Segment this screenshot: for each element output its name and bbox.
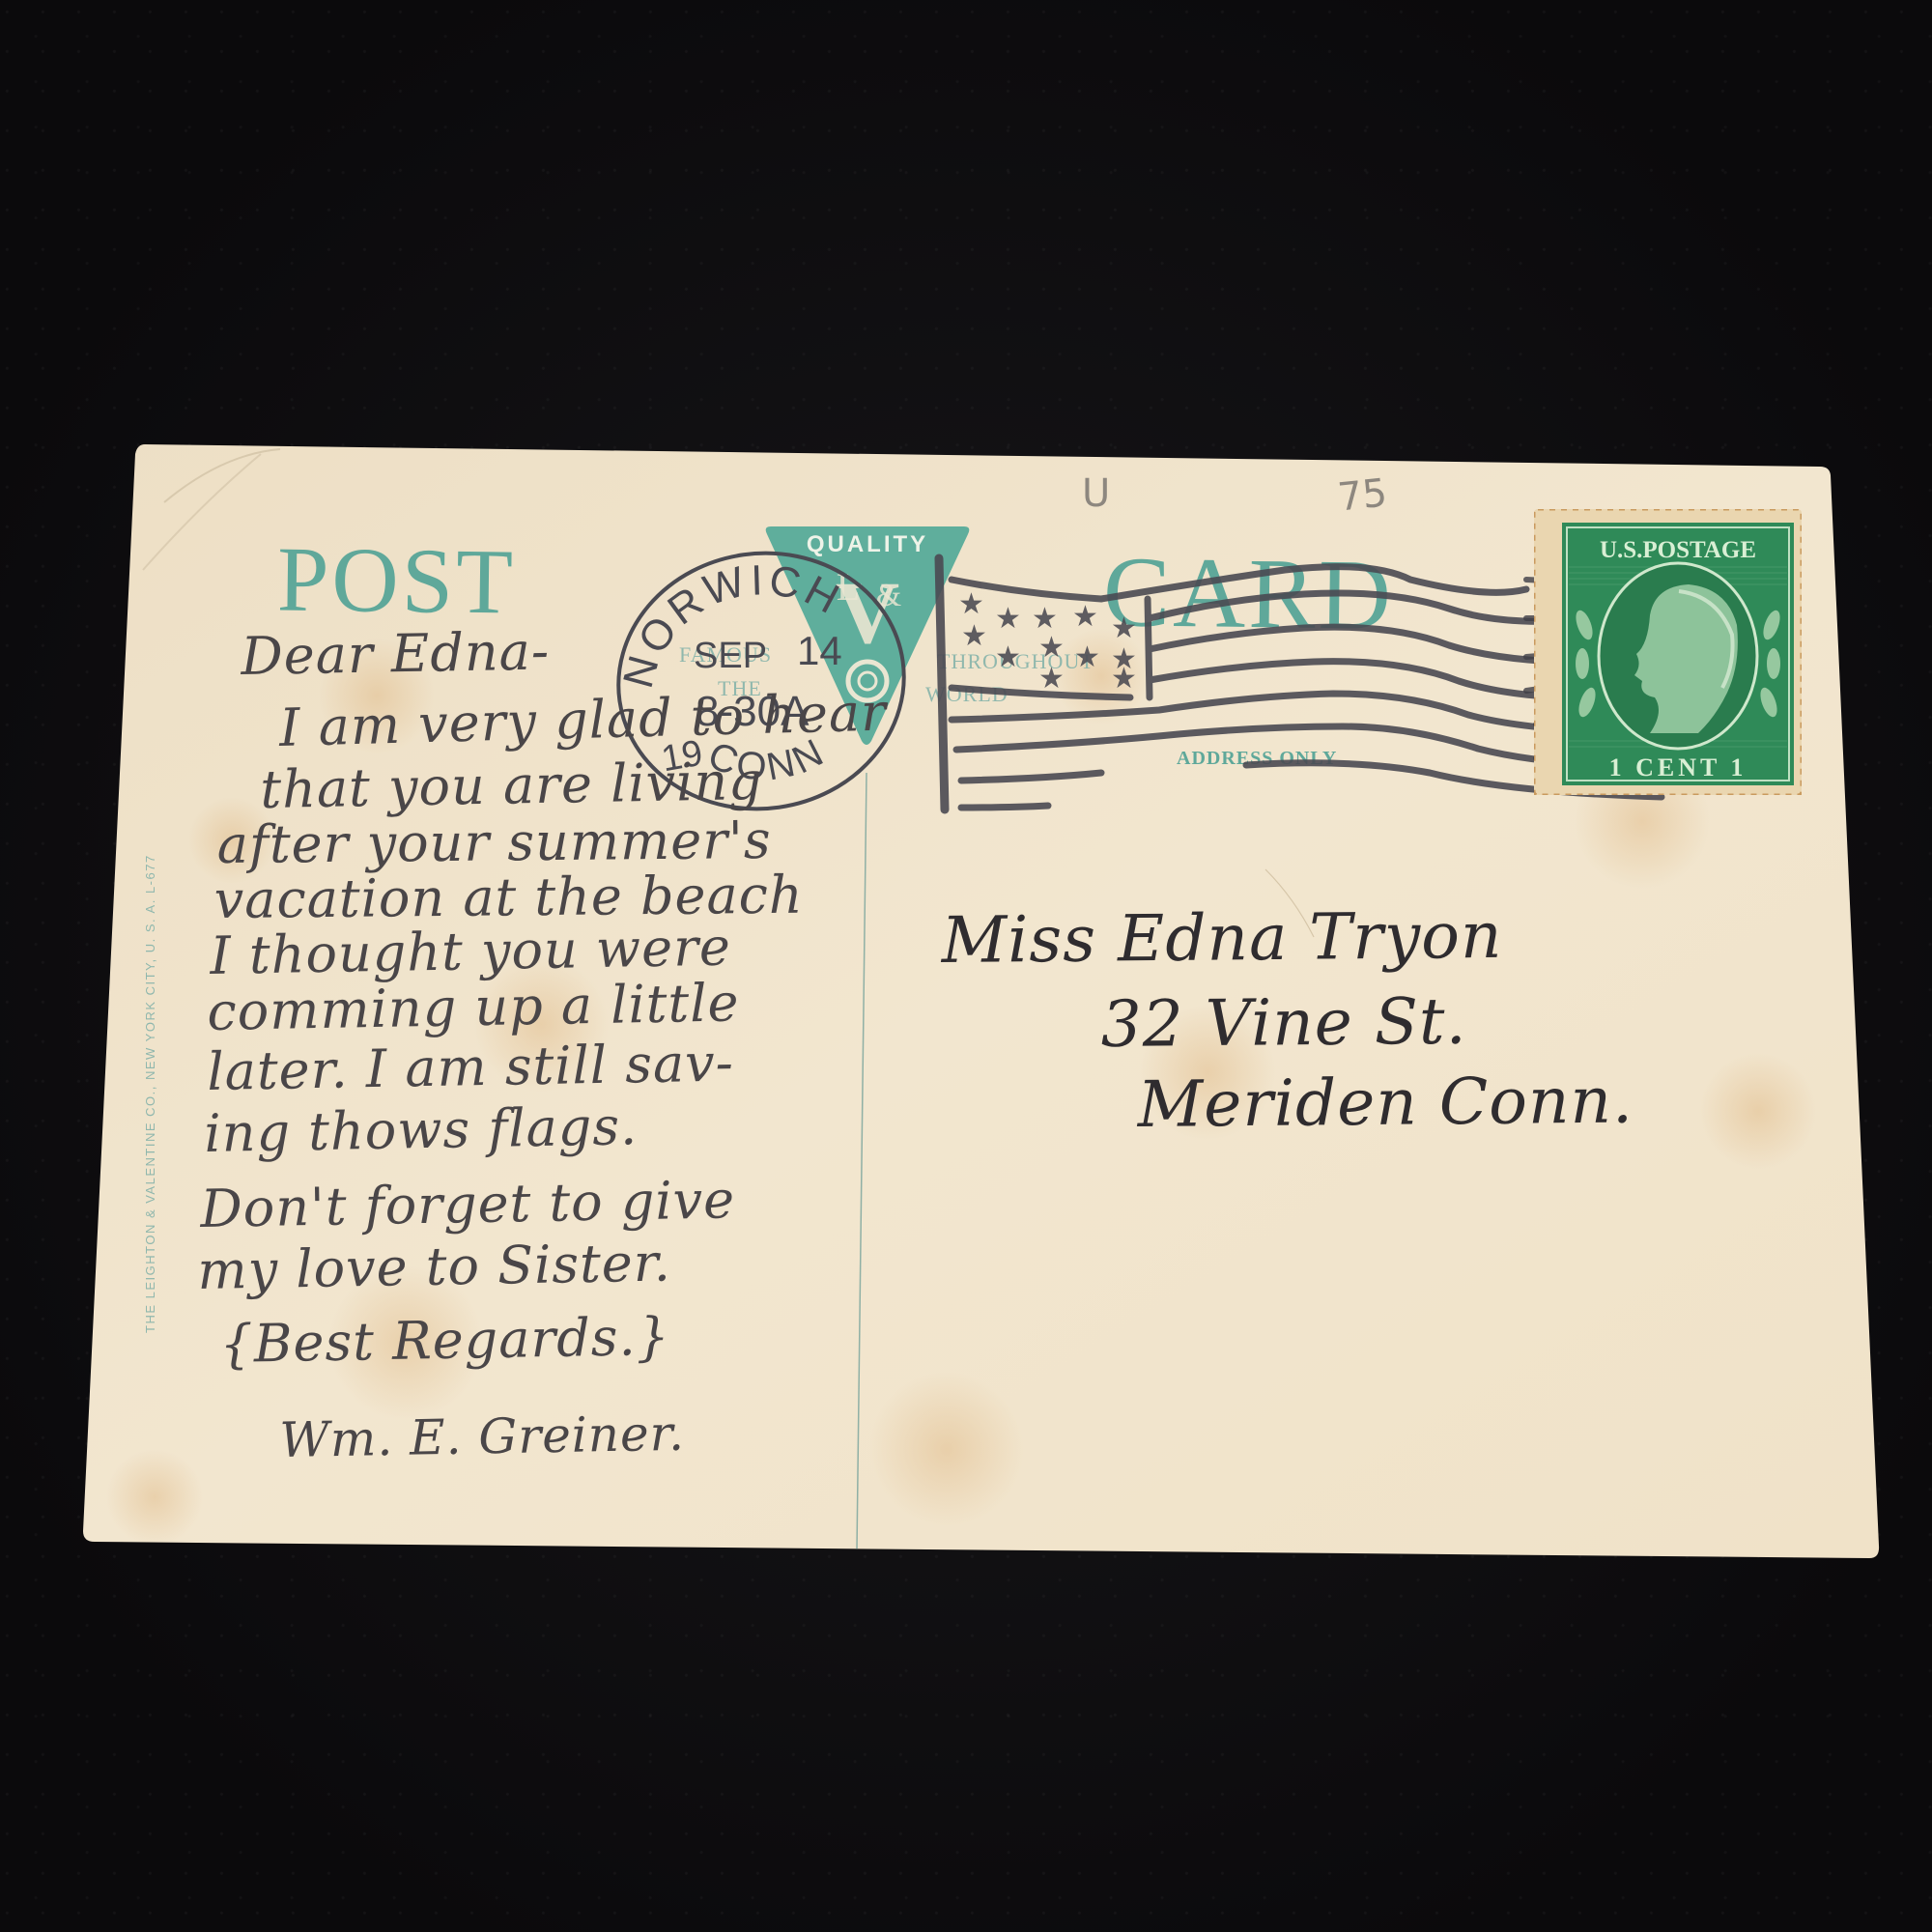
- svg-text:★: ★: [1111, 662, 1137, 696]
- message-signature: Wm. E. Greiner.: [279, 1406, 685, 1468]
- message-line: my love to Sister.: [197, 1232, 671, 1301]
- svg-text:★: ★: [958, 587, 984, 621]
- svg-text:★: ★: [1038, 662, 1065, 696]
- message-line: ing thows flags.: [204, 1095, 639, 1164]
- message-line: Don't forget to give: [200, 1169, 736, 1239]
- svg-text:★: ★: [995, 602, 1021, 636]
- address-line-city: Meriden Conn.: [1137, 1064, 1634, 1142]
- svg-text:★: ★: [1072, 600, 1098, 634]
- postmark-day: 14: [797, 628, 842, 674]
- address-line-street: 32 Vine St.: [1100, 984, 1467, 1062]
- svg-text:★: ★: [961, 619, 987, 653]
- photo-scene: POST CARD QUALITY V L & FAMOUS THE THROU…: [0, 0, 1932, 1932]
- message-line: later. I am still sav-: [207, 1032, 734, 1102]
- stamp-top-label: U.S.POSTAGE: [1600, 537, 1756, 563]
- svg-text:★: ★: [1074, 640, 1100, 674]
- postage-stamp: U.S.POSTAGE 1 CENT 1: [1534, 509, 1802, 795]
- svg-text:★: ★: [1111, 611, 1137, 645]
- svg-text:★: ★: [995, 640, 1021, 674]
- postmark-month: SEP: [694, 636, 767, 677]
- svg-text:★: ★: [1038, 631, 1065, 665]
- stamp-bottom-label: 1 CENT 1: [1609, 753, 1747, 781]
- message-line: {Best Regards.}: [219, 1306, 671, 1375]
- address-line-name: Miss Edna Tryon: [941, 898, 1502, 978]
- message-line: Dear Edna-: [241, 620, 551, 687]
- message-line: comming up a little: [207, 972, 740, 1042]
